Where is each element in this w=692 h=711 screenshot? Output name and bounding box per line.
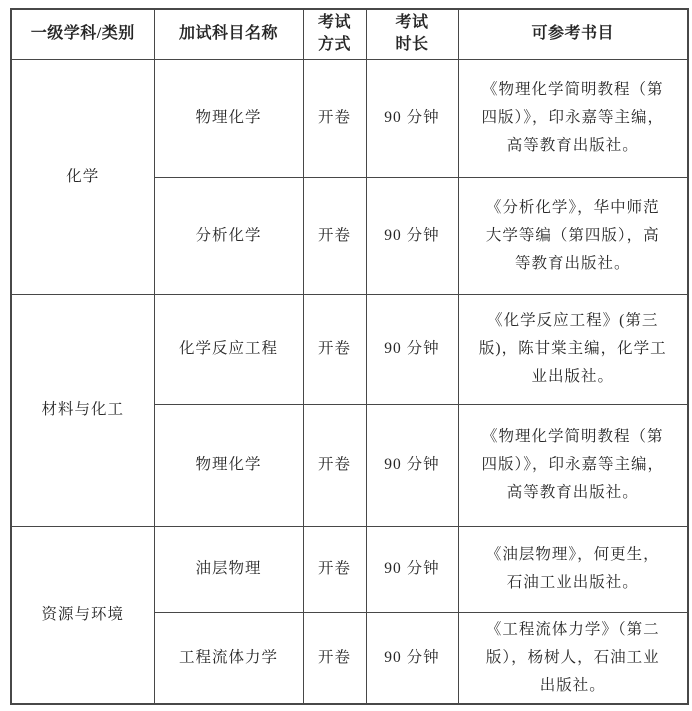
document-page: 一级学科/类别 加试科目名称 考试 方式 考试 时长 可参考书目 化学 物理化学… [0,0,692,711]
subject-cell: 工程流体力学 [154,612,303,704]
table-row: 化学 物理化学 开卷 90 分钟 《物理化学简明教程（第 四版）》，印永嘉等主编… [11,59,688,177]
header-reference-books: 可参考书目 [458,9,688,59]
exam-duration-cell: 90 分钟 [366,59,458,177]
exam-method-cell: 开卷 [303,404,366,526]
reference-cell: 《化学反应工程》(第三 版)，陈甘棠主编，化学工 业出版社。 [458,294,688,404]
reference-cell: 《物理化学简明教程（第 四版）》，印永嘉等主编， 高等教育出版社。 [458,59,688,177]
header-exam-method: 考试 方式 [303,9,366,59]
exam-method-cell: 开卷 [303,612,366,704]
category-cell-resources-environment: 资源与环境 [11,526,154,704]
header-exam-duration: 考试 时长 [366,9,458,59]
table-row: 资源与环境 油层物理 开卷 90 分钟 《油层物理》，何更生， 石油工业出版社。 [11,526,688,612]
header-discipline-category: 一级学科/类别 [11,9,154,59]
exam-method-cell: 开卷 [303,526,366,612]
exam-duration-cell: 90 分钟 [366,526,458,612]
category-cell-chemistry: 化学 [11,59,154,294]
subject-cell: 油层物理 [154,526,303,612]
category-cell-materials-chemical-engineering: 材料与化工 [11,294,154,526]
reference-cell: 《分析化学》，华中师范 大学等编（第四版），高 等教育出版社。 [458,177,688,294]
exam-duration-cell: 90 分钟 [366,612,458,704]
exam-method-cell: 开卷 [303,59,366,177]
additional-exam-subjects-table: 一级学科/类别 加试科目名称 考试 方式 考试 时长 可参考书目 化学 物理化学… [10,8,689,705]
exam-method-cell: 开卷 [303,294,366,404]
subject-cell: 物理化学 [154,59,303,177]
exam-duration-cell: 90 分钟 [366,294,458,404]
subject-cell: 化学反应工程 [154,294,303,404]
header-subject-name: 加试科目名称 [154,9,303,59]
table-row: 材料与化工 化学反应工程 开卷 90 分钟 《化学反应工程》(第三 版)，陈甘棠… [11,294,688,404]
reference-cell: 《油层物理》，何更生， 石油工业出版社。 [458,526,688,612]
table-header-row: 一级学科/类别 加试科目名称 考试 方式 考试 时长 可参考书目 [11,9,688,59]
exam-duration-cell: 90 分钟 [366,404,458,526]
exam-method-cell: 开卷 [303,177,366,294]
reference-cell: 《工程流体力学》（第二 版），杨树人，石油工业 出版社。 [458,612,688,704]
exam-duration-cell: 90 分钟 [366,177,458,294]
subject-cell: 物理化学 [154,404,303,526]
reference-cell: 《物理化学简明教程（第 四版）》，印永嘉等主编， 高等教育出版社。 [458,404,688,526]
subject-cell: 分析化学 [154,177,303,294]
